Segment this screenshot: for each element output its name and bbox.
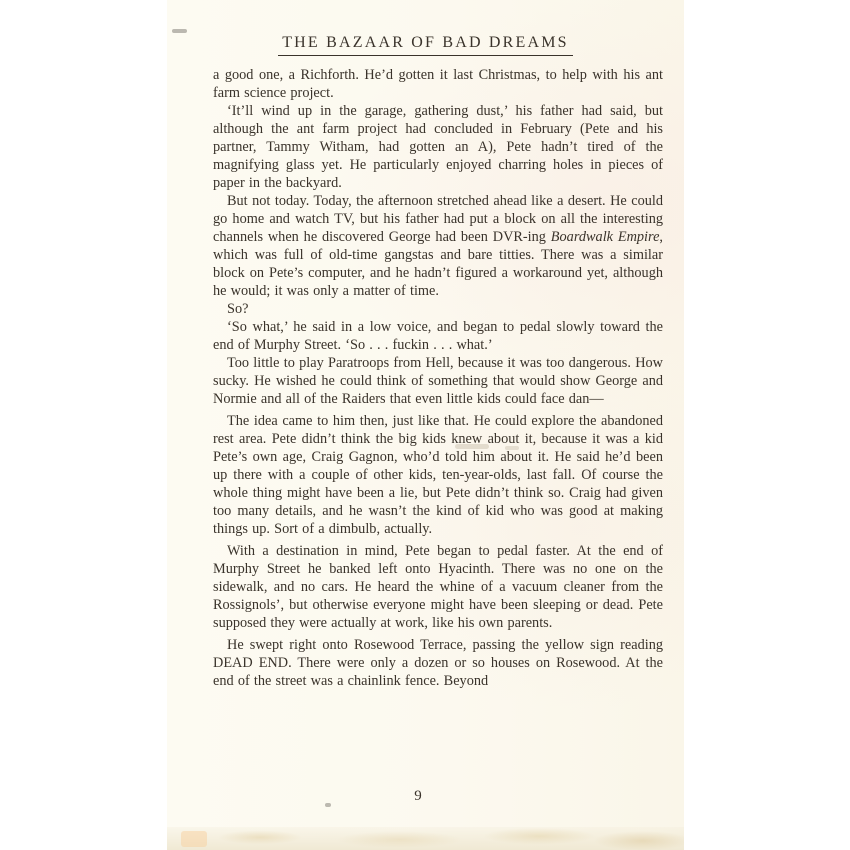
body-text: He swept right onto Rosewood Terrace, pa…: [213, 637, 663, 689]
body-text: a good one, a Richforth. He’d gotten it …: [213, 67, 663, 101]
scan-artifact-dash: [172, 29, 187, 33]
running-head-row: THE BAZAAR OF BAD DREAMS: [167, 34, 684, 56]
paragraph: So?: [213, 300, 663, 318]
paragraph: ‘So what,’ he said in a low voice, and b…: [213, 318, 663, 354]
italic-text: Boardwalk Empire: [551, 229, 660, 245]
scanned-page-background: THE BAZAAR OF BAD DREAMS a good one, a R…: [0, 0, 850, 850]
paragraph: But not today. Today, the afternoon stre…: [213, 192, 663, 300]
body-text: The idea came to him then, just like tha…: [213, 413, 663, 537]
body-text: So?: [227, 301, 248, 317]
paragraph: He swept right onto Rosewood Terrace, pa…: [213, 636, 663, 690]
body-text: Too little to play Paratroops from Hell,…: [213, 355, 663, 407]
scan-artifact-orange-spot: [181, 831, 207, 847]
text-block: a good one, a Richforth. He’d gotten it …: [213, 66, 663, 690]
body-text: With a destination in mind, Pete began t…: [213, 543, 663, 631]
book-page: THE BAZAAR OF BAD DREAMS a good one, a R…: [167, 0, 684, 850]
paragraph: Too little to play Paratroops from Hell,…: [213, 354, 663, 408]
running-head-title: THE BAZAAR OF BAD DREAMS: [278, 34, 573, 56]
body-text: ‘So what,’ he said in a low voice, and b…: [213, 319, 663, 353]
paragraph: a good one, a Richforth. He’d gotten it …: [213, 66, 663, 102]
paragraph: With a destination in mind, Pete began t…: [213, 542, 663, 632]
body-text: ‘It’ll wind up in the garage, gathering …: [213, 103, 663, 191]
paragraph: ‘It’ll wind up in the garage, gathering …: [213, 102, 663, 192]
page-number: 9: [213, 788, 623, 805]
page-bottom-edge-shadow: [167, 827, 684, 850]
paragraph: The idea came to him then, just like tha…: [213, 412, 663, 538]
